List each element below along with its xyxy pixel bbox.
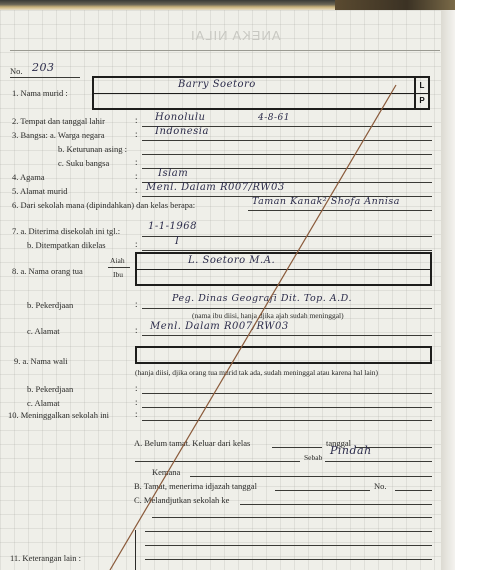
diagonal-cancel-line — [0, 0, 500, 570]
